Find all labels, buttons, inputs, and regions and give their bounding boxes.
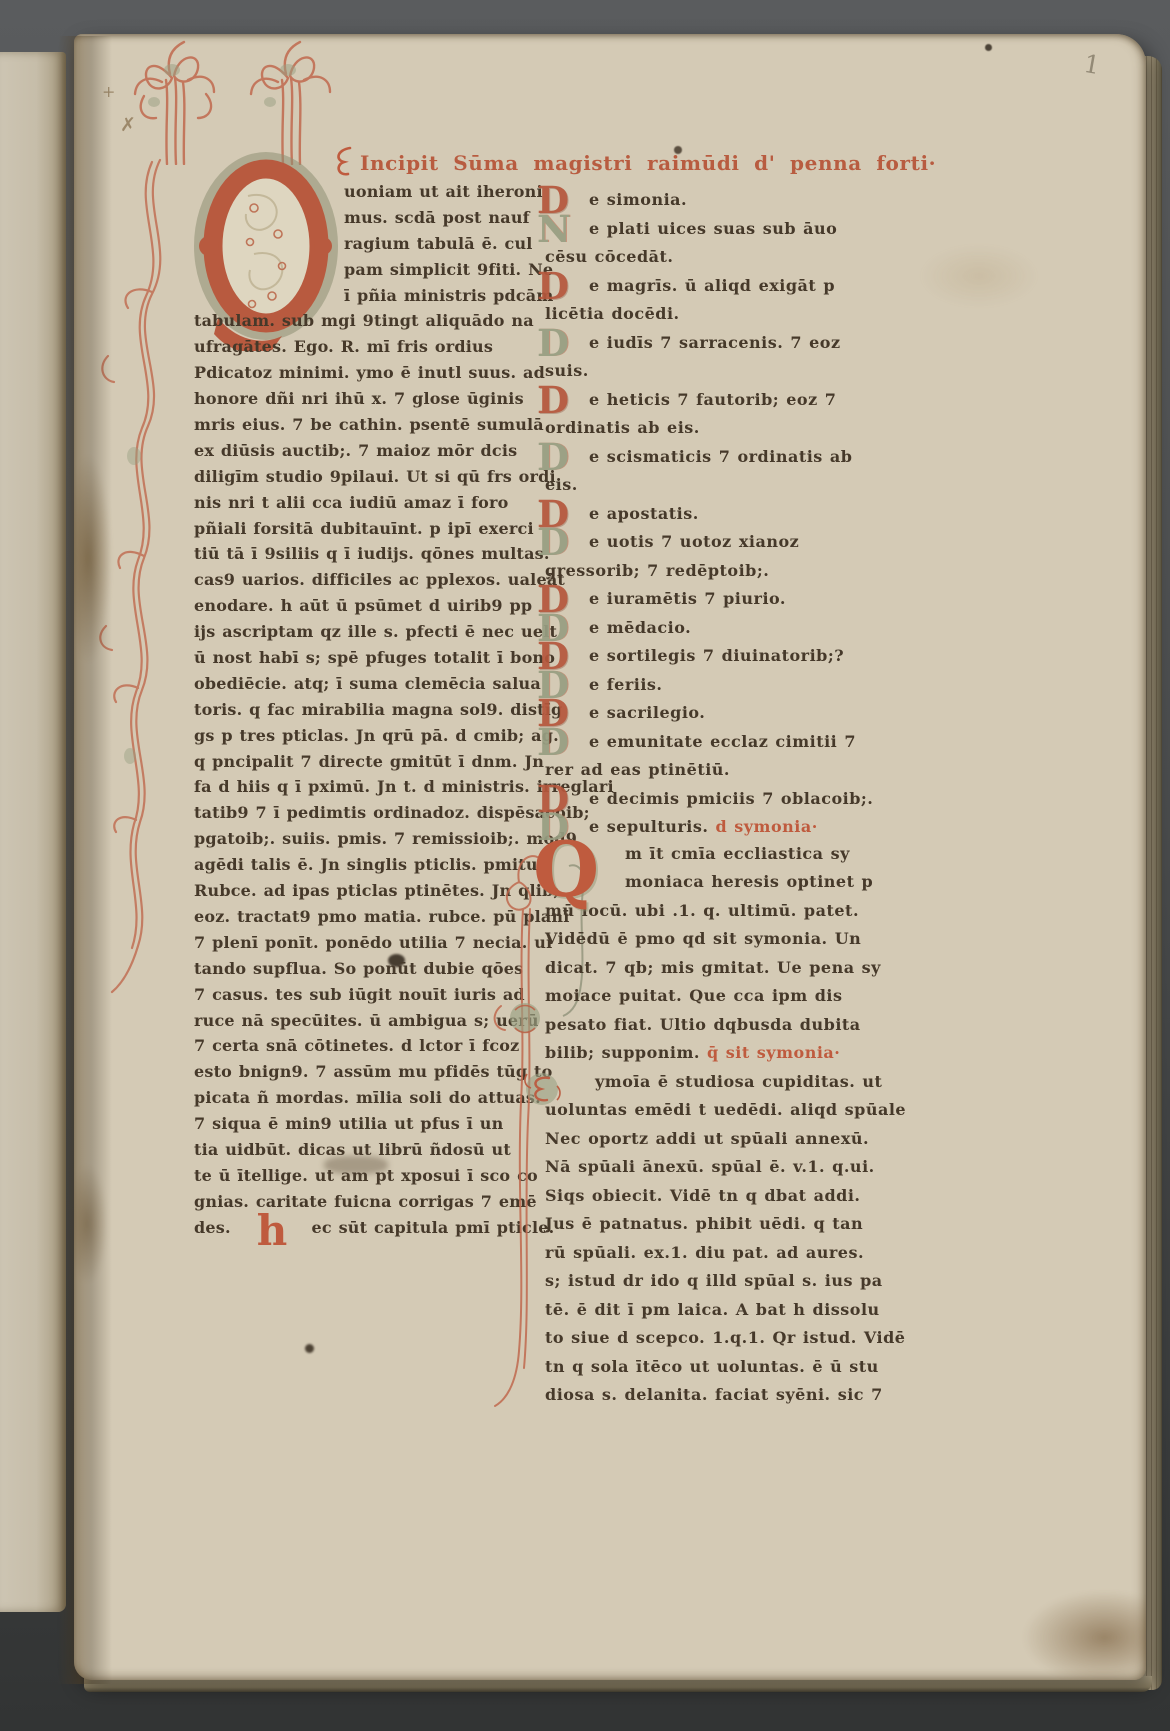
text-line: uoluntas emēdi t uedēdi. aliqd spūale	[545, 1100, 985, 1129]
text-line: ruce nā specūites. ū ambigua s; uerū	[194, 1011, 494, 1037]
line-text: Nec oportz addi ut spūali annexū.	[545, 1129, 869, 1148]
paraph-flourish-icon	[332, 144, 354, 178]
chapter-entry: De uotis 7 uotoz xianoz gressorib; 7 red…	[545, 528, 875, 585]
chapter-entry: De feriis.	[545, 671, 875, 700]
text-line: ex diūsis auctib;. 7 maioz mōr dcis	[194, 441, 494, 467]
penwork-palmette-ornament	[114, 40, 354, 165]
text-line: Nec oportz addi ut spūali annexū.	[545, 1129, 985, 1158]
chapter-entry: De apostatis.	[545, 500, 875, 529]
text-line: q pncipalit 7 directe gmitūt ī dnm. Jn	[194, 752, 494, 778]
manuscript-photo: 1 + ✗	[0, 0, 1170, 1731]
text-line: ragium tabulā ē. cul	[344, 234, 494, 260]
gutter-stain	[74, 1164, 108, 1284]
text-line: Pdicatoz minimi. ymo ē inutl suus. ad	[194, 363, 494, 389]
text-line: ū nost habī s; spē pfuges totalit ī bono	[194, 648, 494, 674]
line-text: moniaca heresis optinet p	[625, 872, 873, 891]
text-line: fa d hiis q ī pximū. Jn t. d ministris. …	[194, 777, 494, 803]
chapter-initial: D	[537, 439, 570, 476]
margin-mark-plus: +	[102, 82, 115, 101]
text-line: picata ñ mordas. mīlia soli do attuas.	[194, 1088, 494, 1114]
chapter-title: e sortilegis 7 diuinatorib;?	[589, 646, 844, 665]
line-text: uoluntas emēdi t uedēdi. aliqd spūale	[545, 1100, 906, 1119]
chapter-entry: De magrīs. ū aliqd exigāt p licētia docē…	[545, 272, 875, 329]
chapter-title: e scismaticis 7 ordinatis ab eis.	[545, 447, 852, 495]
chapter-initial: D	[537, 524, 570, 561]
line-text: Nā spūali ānexū. spūal ē. v.1. q.ui.	[545, 1157, 875, 1176]
text-line: Vidēdū ē pmo qd sit symonia. Un	[545, 929, 985, 958]
chapter-entry: De simonia.	[545, 186, 875, 215]
text-line: ymoīa ē studiosa cupiditas. ut	[595, 1072, 985, 1101]
line-text: Vidēdū ē pmo qd sit symonia. Un	[545, 929, 861, 948]
initial-S-ornament	[519, 1066, 565, 1112]
chapter-title: e sacrilegio.	[589, 703, 705, 722]
text-line: esto bnign9. 7 assūm mu pfidēs tūg to	[194, 1062, 494, 1088]
folio-number: 1	[1082, 49, 1103, 80]
chapter-entry: De heticis 7 fautorib; eoz 7 ordinatis a…	[545, 386, 875, 443]
text-line: s; istud dr ido q illd spūal s. ius pa	[545, 1271, 985, 1300]
text-line: tatib9 7 ī pedimtis ordinadoz. dispēsaco…	[194, 803, 494, 829]
line-text: m īt cmīa eccliastica sy	[625, 844, 850, 863]
line-text: to siue d scepco. 1.q.1. Qr istud. Vidē	[545, 1328, 905, 1347]
text-line-final: des.hec sūt capitula pmī pticle.	[194, 1218, 494, 1244]
text-line: bilib; supponim.q̄ sit symonia·	[545, 1043, 985, 1072]
text-line: Jus ē patnatus. phibit uēdi. q tan	[545, 1214, 985, 1243]
text-line: agēdi talis ē. Jn singlis pticlis. pmitu…	[194, 855, 494, 881]
text-line: gnias. caritate fuicna corrigas 7 emē	[194, 1192, 494, 1218]
text-line: tē. ē dit ī pm laica. A bat h dissolu	[545, 1300, 985, 1329]
full-line-block: tabulam. sub mgi 9tingt aliquādo naufrag…	[194, 311, 494, 1217]
text-line: cas9 uarios. difficiles ac pplexos. uale…	[194, 570, 494, 596]
text-line: mū locū. ubi .1. q. ultimū. patet.	[545, 901, 985, 930]
q-line-block: m īt cmīa eccliastica symoniaca heresis …	[545, 844, 985, 1072]
chapter-title: e apostatis.	[589, 504, 699, 523]
text-line: mus. scdā post nauf	[344, 208, 494, 234]
text-line: uoniam ut ait iheroni	[344, 182, 494, 208]
line-text: ymoīa ē studiosa cupiditas. ut	[595, 1072, 882, 1091]
chapter-initial: D	[537, 724, 570, 761]
line-text: moiace puitat. Que cca ipm dis	[545, 986, 843, 1005]
line-text: dicat. 7 qb; mis gmitat. Ue pena sy	[545, 958, 881, 977]
text-line: tn q sola ītēco ut uoluntas. ē ū stu	[545, 1357, 985, 1386]
left-text-column: uoniam ut ait iheronimus. scdā post nauf…	[194, 182, 494, 1244]
text-line: ijs ascriptam qz ille s. pfecti ē nec ue…	[194, 622, 494, 648]
text-line: ī pñia ministris pdcām	[344, 286, 494, 312]
line-text: pesato fiat. Ultio dqbusda dubita	[545, 1015, 861, 1034]
line-text: Siqs obiecit. Vidē tn q dbat addi.	[545, 1186, 860, 1205]
chapter-initial: D	[537, 382, 570, 419]
chapter-title: e uotis 7 uotoz xianoz gressorib; 7 redē…	[545, 532, 799, 580]
text-line: Nā spūali ānexū. spūal ē. v.1. q.ui.	[545, 1157, 985, 1186]
symonia-paragraph: ymoīa ē studiosa cupiditas. utuoluntas e…	[545, 1072, 985, 1414]
corner-stain	[1022, 1590, 1146, 1680]
text-line: tiū tā ī 9siliis q ī iudijs. qōnes multa…	[194, 544, 494, 570]
manuscript-page: 1 + ✗	[74, 34, 1146, 1680]
chapter-title: e sepulturis.	[589, 817, 708, 836]
text-line: pam simplicit 9fiti. Ne	[344, 260, 494, 286]
text-line: to siue d scepco. 1.q.1. Qr istud. Vidē	[545, 1328, 985, 1357]
chapter-title: e feriis.	[589, 675, 662, 694]
chapter-title: e heticis 7 fautorib; eoz 7 ordinatis ab…	[545, 390, 836, 438]
text-line: pesato fiat. Ultio dqbusda dubita	[545, 1015, 985, 1044]
ink-dot	[985, 44, 992, 51]
chapter-title: e iudīs 7 sarracenis. 7 eoz suis.	[545, 333, 841, 381]
text-line: rū spūali. ex.1. diu pat. ad aures.	[545, 1243, 985, 1272]
line-text: tē. ē dit ī pm laica. A bat h dissolu	[545, 1300, 880, 1319]
capitula-caption: ec sūt capitula pmī pticle.	[312, 1218, 555, 1237]
line-text: rū spūali. ex.1. diu pat. ad aures.	[545, 1243, 864, 1262]
chapter-title: e mēdacio.	[589, 618, 691, 637]
line-text: diosa s. delanita. faciat syēni. sic 7	[545, 1385, 883, 1404]
chapter-rubric: d symonia·	[715, 817, 817, 836]
text-line: Rubce. ad ipas pticlas ptinētes. Jn qlib…	[194, 881, 494, 907]
right-text-column: De simonia. Ne plati uices suas sub āuo …	[545, 186, 985, 1414]
line-text: bilib; supponim.	[545, 1043, 700, 1062]
chapter-entry: De sacrilegio.	[545, 699, 875, 728]
text-line: eoz. tractat9 pmo matia. rubce. pū planī	[194, 907, 494, 933]
chapter-initial: N	[537, 211, 571, 248]
chapter-entry: De iuramētis 7 piurio.	[545, 585, 875, 614]
text-line: 7 plenī ponīt. ponēdo utilia 7 necia. ui	[194, 933, 494, 959]
chapter-entry: De decimis pmiciis 7 oblacoib;.	[545, 785, 875, 814]
text-line: diligīm studio 9pilaui. Ut si qū frs ord…	[194, 467, 494, 493]
chapter-title: e decimis pmiciis 7 oblacoib;.	[589, 789, 873, 808]
text-line: ufragātes. Ego. R. mī fris ordius	[194, 337, 494, 363]
chapter-entry: De emunitate ecclaz cimitii 7 rer ad eas…	[545, 728, 875, 785]
text-line: mris eius. 7 be cathin. psentē sumulā	[194, 415, 494, 441]
text-line: tando supflua. So ponūt dubie qōes	[194, 959, 494, 985]
line-text: tn q sola ītēco ut uoluntas. ē ū stu	[545, 1357, 879, 1376]
quoniam-paragraph: Q m īt cmīa eccliastica symoniaca heresi…	[545, 844, 985, 1072]
wrap-line-block: uoniam ut ait iheronimus. scdā post nauf…	[344, 182, 494, 311]
text-line: pgatoib;. suiis. pmis. 7 remissioib;. mo…	[194, 829, 494, 855]
text-line: enodare. h aūt ū psūmet d uirib9 pp	[194, 596, 494, 622]
text-line: diosa s. delanita. faciat syēni. sic 7	[545, 1385, 985, 1414]
text-line: moiace puitat. Que cca ipm dis	[545, 986, 985, 1015]
chapter-title: e magrīs. ū aliqd exigāt p licētia docēd…	[545, 276, 835, 324]
chapter-initial: D	[537, 268, 570, 305]
chapter-title: e emunitate ecclaz cimitii 7 rer ad eas …	[545, 732, 856, 780]
line-text: Jus ē patnatus. phibit uēdi. q tan	[545, 1214, 863, 1233]
inline-rubric: q̄ sit symonia·	[707, 1043, 840, 1062]
chapter-entry: De sortilegis 7 diuinatorib;?	[545, 642, 875, 671]
incipit-rubric: Incipit Sūma magistri raimūdi d' penna f…	[332, 144, 936, 178]
initial-H: h	[257, 1206, 288, 1255]
text-line: moniaca heresis optinet p	[625, 872, 985, 901]
text-line: nis nri t alii cca iudiū amaz ī foro	[194, 493, 494, 519]
chapter-title: e plati uices suas sub āuo cēsu cōcedāt.	[545, 219, 837, 267]
incipit-text: Incipit Sūma magistri raimūdi d' penna f…	[360, 151, 936, 175]
text-line: gs p tres pticlas. Jn qrū pā. d cmib; ag…	[194, 726, 494, 752]
chapter-title: e simonia.	[589, 190, 687, 209]
chapter-title: e iuramētis 7 piurio.	[589, 589, 786, 608]
line-text: s; istud dr ido q illd spūal s. ius pa	[545, 1271, 883, 1290]
text-line: dicat. 7 qb; mis gmitat. Ue pena sy	[545, 958, 985, 987]
text-line: toris. q fac mirabilia magna sol9. distī…	[194, 700, 494, 726]
gutter-stain	[74, 454, 112, 664]
ink-dot	[305, 1344, 314, 1353]
initial-Q-red: Q	[533, 832, 599, 908]
text-line: 7 certa snā cōtinetes. d lctor ī fcoz	[194, 1036, 494, 1062]
margin-mark-cross: ✗	[120, 114, 136, 136]
text-line: obediēcie. atq; ī suma clemēcia salua	[194, 674, 494, 700]
chapter-list: De simonia. Ne plati uices suas sub āuo …	[545, 186, 985, 842]
final-line-lead: des.	[194, 1218, 231, 1237]
text-line: 7 casus. tes sub iūgit nouīt iuris ad	[194, 985, 494, 1011]
text-line: tabulam. sub mgi 9tingt aliquādo na	[194, 311, 494, 337]
s-line-block: ymoīa ē studiosa cupiditas. utuoluntas e…	[545, 1072, 985, 1414]
text-line: m īt cmīa eccliastica sy	[625, 844, 985, 873]
chapter-entry: De iudīs 7 sarracenis. 7 eoz suis.	[545, 329, 875, 386]
text-line: honore dñi nri ihū x. 7 glose ūginis	[194, 389, 494, 415]
text-line: Siqs obiecit. Vidē tn q dbat addi.	[545, 1186, 985, 1215]
text-line: te ū ītellige. ut am pt xposui ī sco co	[194, 1166, 494, 1192]
chapter-entry: De mēdacio.	[545, 614, 875, 643]
chapter-entry: De scismaticis 7 ordinatis ab eis.	[545, 443, 875, 500]
previous-leaf-edge	[0, 52, 66, 1612]
chapter-initial: D	[537, 325, 570, 362]
text-line: tia uidbūt. dicas ut librū ñdosū ut	[194, 1140, 494, 1166]
text-line: 7 siqua ē min9 utilia ut pfus ī un	[194, 1114, 494, 1140]
text-line: pñiali forsitā dubitauīnt. p ipī exerci	[194, 519, 494, 545]
chapter-entry: Ne plati uices suas sub āuo cēsu cōcedāt…	[545, 215, 875, 272]
